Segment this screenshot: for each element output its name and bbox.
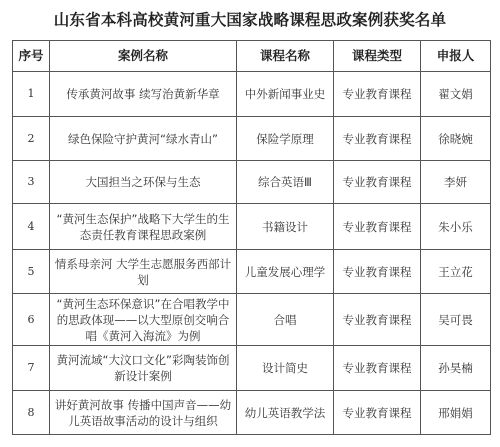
cell-course-type: 专业教育课程 [334, 72, 421, 117]
cell-case-name: 传承黄河故事 续写治黄新华章 [50, 72, 237, 117]
cell-serial-no: 4 [13, 204, 50, 250]
table-row: 4“黄河生态保护”战略下大学生的生态责任教育课程思政案例书籍设计专业教育课程朱小… [13, 204, 491, 250]
document-title: 山东省本科高校黄河重大国家战略课程思政案例获奖名单 [0, 8, 500, 30]
cell-serial-no: 8 [13, 391, 50, 435]
cell-course-type: 专业教育课程 [334, 117, 421, 161]
cell-course-name: 合唱 [237, 294, 334, 346]
table-row: 6“黄河生态环保意识”在合唱教学中的思政体现——以大型原创交响合唱《黄河入海流》… [13, 294, 491, 346]
cell-applicant: 朱小乐 [421, 204, 491, 250]
cell-case-name: “黄河生态保护”战略下大学生的生态责任教育课程思政案例 [50, 204, 237, 250]
cell-case-name: 黄河流域“大汶口文化”彩陶装饰创新设计案例 [50, 346, 237, 391]
cell-serial-no: 3 [13, 161, 50, 204]
table-row: 2绿色保险守护黄河“绿水青山”保险学原理专业教育课程徐晓婉 [13, 117, 491, 161]
cell-course-type: 专业教育课程 [334, 161, 421, 204]
cell-applicant: 孙昊楠 [421, 346, 491, 391]
cell-case-name: “黄河生态环保意识”在合唱教学中的思政体现——以大型原创交响合唱《黄河入海流》为… [50, 294, 237, 346]
cell-serial-no: 1 [13, 72, 50, 117]
cell-course-type: 专业教育课程 [334, 250, 421, 294]
cell-course-type: 专业教育课程 [334, 204, 421, 250]
cell-course-name: 设计简史 [237, 346, 334, 391]
table-row: 1传承黄河故事 续写治黄新华章中外新闻事业史专业教育课程翟文娟 [13, 72, 491, 117]
cell-serial-no: 7 [13, 346, 50, 391]
cell-course-name: 书籍设计 [237, 204, 334, 250]
header-serial-no: 序号 [13, 41, 50, 72]
cell-course-name: 幼儿英语教学法 [237, 391, 334, 435]
header-case-name: 案例名称 [50, 41, 237, 72]
cell-course-name: 儿童发展心理学 [237, 250, 334, 294]
header-applicant: 申报人 [421, 41, 491, 72]
table-row: 3大国担当之环保与生态综合英语Ⅲ专业教育课程李妍 [13, 161, 491, 204]
cell-case-name: 绿色保险守护黄河“绿水青山” [50, 117, 237, 161]
award-list-table: 序号 案例名称 课程名称 课程类型 申报人 1传承黄河故事 续写治黄新华章中外新… [12, 40, 491, 435]
cell-applicant: 邢娟娟 [421, 391, 491, 435]
cell-serial-no: 6 [13, 294, 50, 346]
cell-applicant: 吴可畏 [421, 294, 491, 346]
table-row: 5情系母亲河 大学生志愿服务西部计划儿童发展心理学专业教育课程王立花 [13, 250, 491, 294]
cell-case-name: 情系母亲河 大学生志愿服务西部计划 [50, 250, 237, 294]
cell-applicant: 徐晓婉 [421, 117, 491, 161]
cell-applicant: 王立花 [421, 250, 491, 294]
cell-serial-no: 2 [13, 117, 50, 161]
cell-case-name: 大国担当之环保与生态 [50, 161, 237, 204]
cell-course-name: 保险学原理 [237, 117, 334, 161]
header-course-name: 课程名称 [237, 41, 334, 72]
table-header-row: 序号 案例名称 课程名称 课程类型 申报人 [13, 41, 491, 72]
cell-applicant: 翟文娟 [421, 72, 491, 117]
header-course-type: 课程类型 [334, 41, 421, 72]
cell-course-name: 中外新闻事业史 [237, 72, 334, 117]
cell-serial-no: 5 [13, 250, 50, 294]
cell-applicant: 李妍 [421, 161, 491, 204]
table-row: 8讲好黄河故事 传播中国声音——幼儿英语故事活动的设计与组织幼儿英语教学法专业教… [13, 391, 491, 435]
cell-course-type: 专业教育课程 [334, 294, 421, 346]
table-row: 7黄河流域“大汶口文化”彩陶装饰创新设计案例设计简史专业教育课程孙昊楠 [13, 346, 491, 391]
cell-course-type: 专业教育课程 [334, 346, 421, 391]
cell-course-type: 专业教育课程 [334, 391, 421, 435]
cell-case-name: 讲好黄河故事 传播中国声音——幼儿英语故事活动的设计与组织 [50, 391, 237, 435]
cell-course-name: 综合英语Ⅲ [237, 161, 334, 204]
